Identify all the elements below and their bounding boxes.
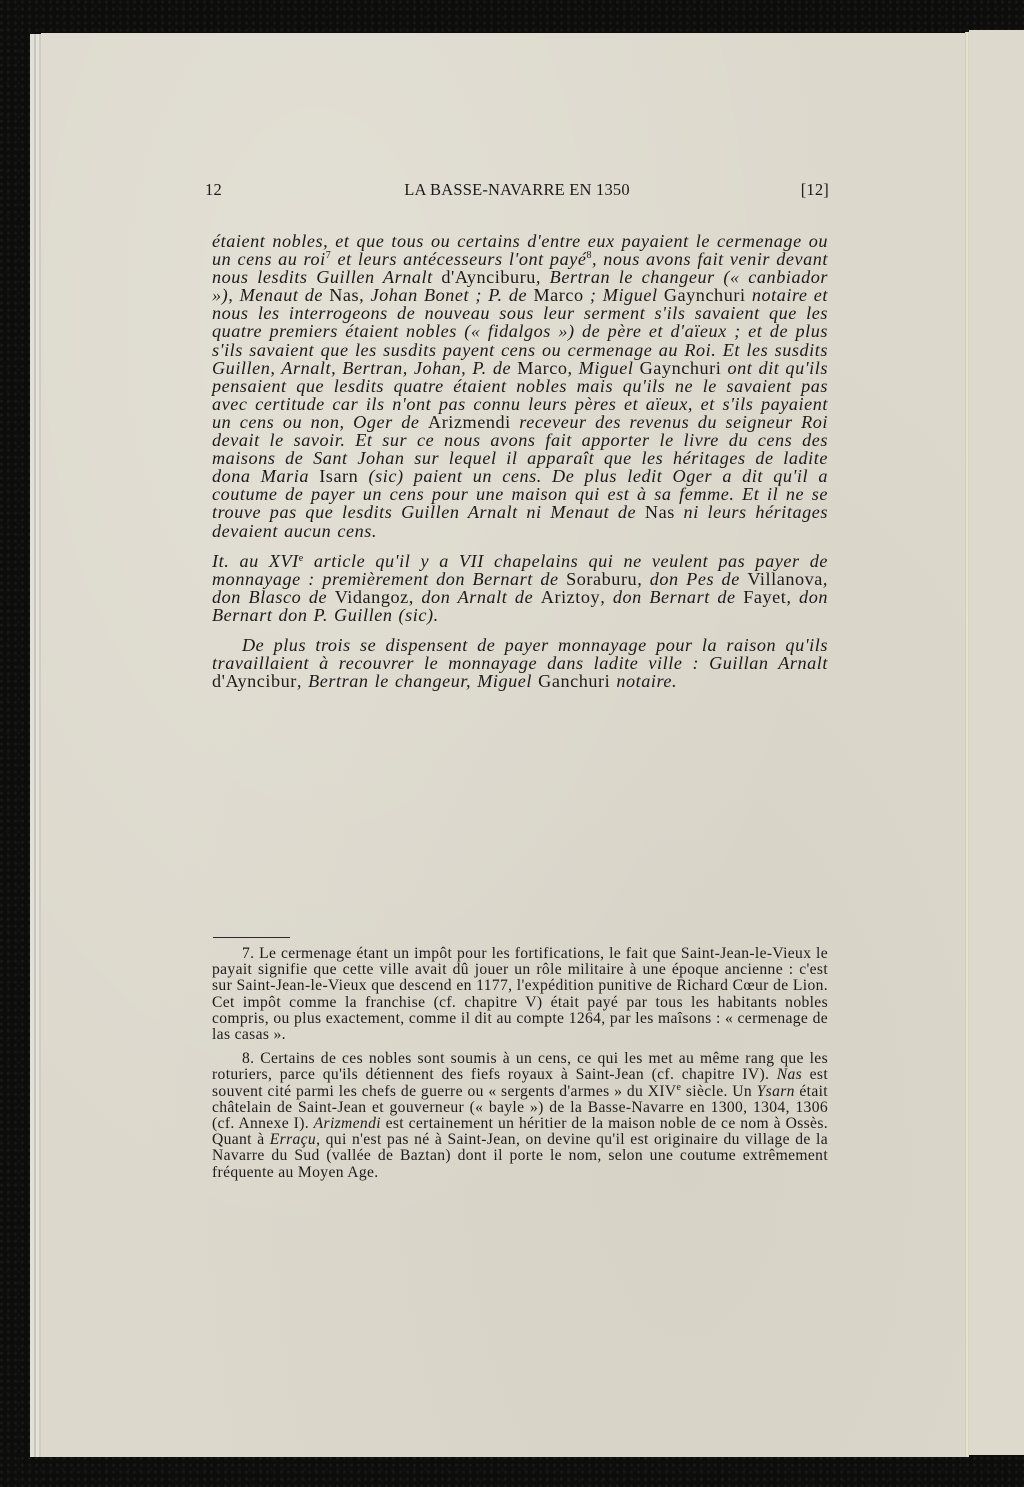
running-title: LA BASSE-NAVARRE EN 1350: [205, 180, 829, 200]
paragraph-1: étaient nobles, et que tous ou certains …: [212, 232, 828, 540]
place-name: Nas: [645, 502, 675, 522]
place-name: Gaynchuri: [664, 285, 746, 305]
place-name: Marco: [517, 358, 567, 378]
section-number: [12]: [801, 180, 829, 200]
place-name: Vidangoz: [335, 587, 409, 607]
paragraph-3: De plus trois se dispensent de payer mon…: [212, 636, 828, 690]
place-name: Sora­buru: [566, 569, 637, 589]
paragraph-2: It. au XVIe article qu'il y a VII chapel…: [212, 552, 828, 624]
footnotes: 7. Le cermenage étant un impôt pour les …: [212, 946, 828, 1189]
facing-page-edge: [969, 30, 1024, 1455]
footnote-8: 8. Certains de ces nobles sont soumis à …: [212, 1051, 828, 1181]
place-name: d'Ayn­ciburu: [441, 267, 536, 287]
book-spine: [965, 32, 969, 1457]
place-name: Isarn: [319, 466, 358, 486]
main-text: étaient nobles, et que tous ou certains …: [212, 232, 828, 702]
footnote-7: 7. Le cermenage étant un impôt pour les …: [212, 946, 828, 1043]
place-name: Arizmendi: [428, 412, 511, 432]
place-name: Marco: [533, 285, 583, 305]
place-name: d'Ayncibur: [212, 671, 297, 691]
place-name: Ariztoy: [541, 587, 600, 607]
place-name: Ganchuri: [538, 671, 610, 691]
place-name: Nas: [329, 285, 359, 305]
place-name: Villanova: [747, 569, 823, 589]
place-name: Fayet: [743, 587, 786, 607]
place-name: Gaynchuri: [640, 358, 722, 378]
footnote-separator: [213, 937, 290, 938]
